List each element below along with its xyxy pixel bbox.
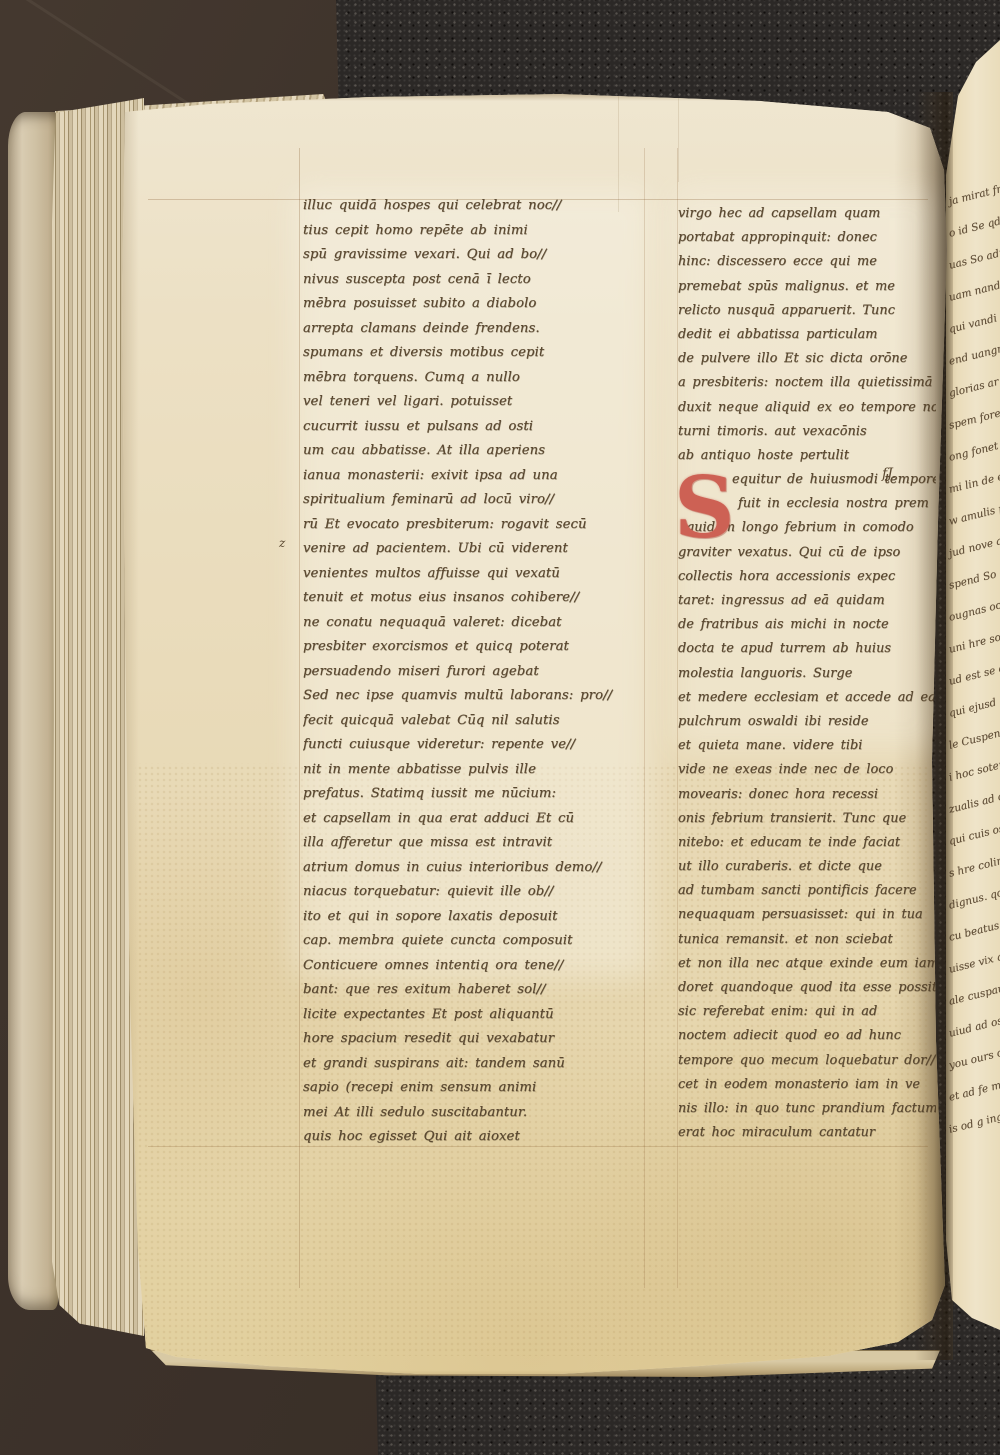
manuscript-line: erat hoc miraculum cantatur bbox=[678, 1121, 936, 1145]
manuscript-line: taret: ingressus ad eā quidam bbox=[678, 589, 936, 613]
manuscript-line: spiritualium feminarū ad locū viro// bbox=[303, 488, 649, 513]
text-fragment: zualis ad opan bbox=[948, 790, 1000, 816]
manuscript-page: illuc quidā hospes qui celebrat noc//tiu… bbox=[118, 92, 948, 1382]
manuscript-line: tempore quo mecum loquebatur dor// bbox=[678, 1049, 936, 1073]
manuscript-line: illa afferetur que missa est intravit bbox=[303, 831, 649, 856]
manuscript-line: virgo hec ad capsellam quam bbox=[678, 202, 936, 226]
manuscript-line: spumans et diversis motibus cepit bbox=[303, 341, 649, 366]
manuscript-line: mēbra torquens. Cumq a nullo bbox=[303, 366, 649, 391]
manuscript-line: mei At illi sedulo suscitabantur. bbox=[303, 1101, 649, 1126]
manuscript-line: onis febrium transierit. Tunc que bbox=[678, 807, 936, 831]
manuscript-line: sic referebat enim: qui in ad bbox=[678, 1000, 936, 1024]
manuscript-line: et capsellam in qua erat adduci Et cū bbox=[303, 807, 649, 832]
manuscript-line: portabat appropinquit: donec bbox=[678, 226, 936, 250]
text-fragment: qui cuis ostia: bbox=[948, 822, 1000, 848]
manuscript-line: Conticuere omnes intentiq ora tene// bbox=[303, 954, 649, 979]
manuscript-line: de pulvere illo Et sic dicta orōne bbox=[678, 347, 936, 371]
manuscript-line: hinc: discessero ecce qui me bbox=[678, 250, 936, 274]
manuscript-line: atrium domus in cuius interioribus demo/… bbox=[303, 856, 649, 881]
manuscript-line: hore spacium resedit qui vexabatur bbox=[303, 1027, 649, 1052]
manuscript-line: presbiter exorcismos et quicq poterat bbox=[303, 635, 649, 660]
text-fragment: spem foret que o bbox=[948, 406, 1000, 432]
text-fragment: spend So cum bbox=[948, 566, 1000, 592]
text-fragment: qui ejusd gra bbox=[948, 694, 1000, 720]
manuscript-line: nivus suscepta post cenā ī lecto bbox=[303, 268, 649, 293]
manuscript-line: tius cepit homo repēte ab inimi bbox=[303, 219, 649, 244]
manuscript-line: movearis: donec hora recessi bbox=[678, 783, 936, 807]
text-fragment: glorias ar Regis bbox=[948, 374, 1000, 400]
manuscript-line: rū Et evocato presbiterum: rogavit secū bbox=[303, 513, 649, 538]
manuscript-line: fecit quicquā valebat Cūq nil salutis bbox=[303, 709, 649, 734]
text-column-left: illuc quidā hospes qui celebrat noc//tiu… bbox=[303, 194, 649, 1164]
manuscript-line: arrepta clamans deinde frendens. bbox=[303, 317, 649, 342]
binding-cover-edge bbox=[8, 112, 58, 1310]
manuscript-line: cucurrit iussu et pulsans ad osti bbox=[303, 415, 649, 440]
text-fragment: uas So adre q bbox=[948, 246, 1000, 272]
manuscript-line: noctem adiecit quod eo ad hunc bbox=[678, 1024, 936, 1048]
manuscript-line: doret quandoque quod ita esse possit: bbox=[678, 976, 936, 1000]
manuscript-line: tunica remansit. et non sciebat bbox=[678, 928, 936, 952]
manuscript-line: tenuit et motus eius insanos cohibere// bbox=[303, 586, 649, 611]
text-fragment: s hre colim bbox=[948, 854, 1000, 880]
text-fragment: ong fonet if a bbox=[948, 438, 1000, 464]
text-fragment: i hoc sotem bbox=[948, 758, 1000, 784]
manuscript-line: et non illa nec atque exinde eum iam bbox=[678, 952, 936, 976]
next-page-text: ja mirat fr roo id Se qduas So adre quam… bbox=[949, 196, 1000, 1156]
manuscript-line: dedit ei abbatissa particulam bbox=[678, 323, 936, 347]
manuscript-line: niacus torquebatur: quievit ille ob// bbox=[303, 880, 649, 905]
text-fragment: ja mirat fr ro bbox=[948, 182, 1000, 208]
margin-mark: fJ. bbox=[882, 466, 896, 482]
manuscript-line: functi cuiusque videretur: repente ve// bbox=[303, 733, 649, 758]
text-fragment: jud nove arma bbox=[948, 534, 1000, 560]
text-fragment: end uangr edu bbox=[948, 342, 1000, 368]
manuscript-line: vide ne exeas inde nec de loco bbox=[678, 758, 936, 782]
manuscript-line: nis illo: in quo tunc prandium factum bbox=[678, 1097, 936, 1121]
text-fragment: uisse vix qui oct bbox=[948, 950, 1000, 976]
manuscript-line: nitebo: et educam te inde faciat bbox=[678, 831, 936, 855]
manuscript-line: licite expectantes Et post aliquantū bbox=[303, 1003, 649, 1028]
manuscript-line: collectis hora accessionis expec bbox=[678, 565, 936, 589]
parchment-crease bbox=[678, 92, 679, 182]
manuscript-line: quis hoc egisset Qui ait aioxet bbox=[303, 1125, 649, 1150]
manuscript-line: turni timoris. aut vexacōnis bbox=[678, 420, 936, 444]
text-fragment: ud est se e m bbox=[948, 662, 1000, 688]
ruling-line-vertical bbox=[299, 148, 300, 1288]
manuscript-line: persuadendo miseri furori agebat bbox=[303, 660, 649, 685]
text-fragment: le Cuspend. Q bbox=[948, 726, 1000, 752]
manuscript-line: premebat spūs malignus. et me bbox=[678, 275, 936, 299]
manuscript-line: spū gravissime vexari. Qui ad bo// bbox=[303, 243, 649, 268]
manuscript-line: et quieta mane. videre tibi bbox=[678, 734, 936, 758]
text-fragment: cu beatus a cor bbox=[948, 918, 1000, 944]
manuscript-line: ut illo curaberis. et dicte que bbox=[678, 855, 936, 879]
text-fragment: qui vandi orla bbox=[948, 310, 1000, 336]
manuscript-photo: ja mirat fr roo id Se qduas So adre quam… bbox=[0, 0, 1000, 1455]
text-fragment: uni hre sola bbox=[948, 630, 1000, 656]
manuscript-line: cap. membra quiete cuncta composuit bbox=[303, 929, 649, 954]
text-fragment: w amulis pfecto bbox=[948, 502, 1000, 528]
manuscript-line: bant: que res exitum haberet sol// bbox=[303, 978, 649, 1003]
manuscript-line: ne conatu nequaquā valeret: dicebat bbox=[303, 611, 649, 636]
manuscript-line: duxit neque aliquid ex eo tempore noc// bbox=[678, 396, 936, 420]
manuscript-line: vel teneri vel ligari. potuisset bbox=[303, 390, 649, 415]
text-fragment: dignus. qono tr bbox=[948, 886, 1000, 912]
text-fragment: ougnas ocy qd bbox=[948, 598, 1000, 624]
text-column-right: virgo hec ad capsellam quamportabat appr… bbox=[678, 202, 936, 1152]
manuscript-line: docta te apud turrem ab huius bbox=[678, 637, 936, 661]
text-fragment: ale cuspauit. Q bbox=[948, 982, 1000, 1008]
text-fragment: mi lin de excerp bbox=[948, 470, 1000, 496]
manuscript-line: et grandi suspirans ait: tandem sanū bbox=[303, 1052, 649, 1077]
manuscript-line: cet in eodem monasterio iam in ve bbox=[678, 1073, 936, 1097]
manuscript-line: nit in mente abbatisse pulvis ille bbox=[303, 758, 649, 783]
margin-note: z bbox=[279, 536, 285, 550]
manuscript-line: Sed nec ipse quamvis multū laborans: pro… bbox=[303, 684, 649, 709]
manuscript-line: ito et qui in sopore laxatis deposuit bbox=[303, 905, 649, 930]
text-fragment: uiud ad osten bbox=[948, 1014, 1000, 1040]
manuscript-line: ad tumbam sancti pontificis facere bbox=[678, 879, 936, 903]
manuscript-line: et medere ecclesiam et accede ad ea bbox=[678, 686, 936, 710]
text-fragment: you ours osm: bbox=[948, 1046, 1000, 1072]
manuscript-line: molestia languoris. Surge bbox=[678, 662, 936, 686]
manuscript-line: um cau abbatisse. At illa aperiens bbox=[303, 439, 649, 464]
text-fragment: uam nand mili bbox=[948, 278, 1000, 304]
text-fragment: is od g ing bbox=[948, 1110, 1000, 1136]
manuscript-line: mēbra posuisset subito a diabolo bbox=[303, 292, 649, 317]
manuscript-line: de fratribus ais michi in nocte bbox=[678, 613, 936, 637]
manuscript-line: prefatus. Statimq iussit me nūcium: bbox=[303, 782, 649, 807]
manuscript-line: sapio (recepi enim sensum animi bbox=[303, 1076, 649, 1101]
red-initial-letter: S bbox=[674, 470, 734, 552]
next-page-sliver: ja mirat fr roo id Se qduas So adre quam… bbox=[946, 38, 1000, 1333]
manuscript-line: relicto nusquā apparuerit. Tunc bbox=[678, 299, 936, 323]
manuscript-line: nequaquam persuasisset: qui in tua bbox=[678, 903, 936, 927]
manuscript-line: venientes multos affuisse qui vexatū bbox=[303, 562, 649, 587]
manuscript-line: illuc quidā hospes qui celebrat noc// bbox=[303, 194, 649, 219]
gutter-shadow bbox=[915, 92, 953, 1360]
manuscript-line: pulchrum oswaldi ibi reside bbox=[678, 710, 936, 734]
text-fragment: o id Se qd bbox=[948, 214, 1000, 240]
manuscript-line: venire ad pacientem. Ubi cū viderent bbox=[303, 537, 649, 562]
manuscript-line: a presbiteris: noctem illa quietissimā bbox=[678, 371, 936, 395]
manuscript-line: ianua monasterii: exivit ipsa ad una bbox=[303, 464, 649, 489]
text-fragment: et ad fe m bbox=[948, 1078, 1000, 1104]
